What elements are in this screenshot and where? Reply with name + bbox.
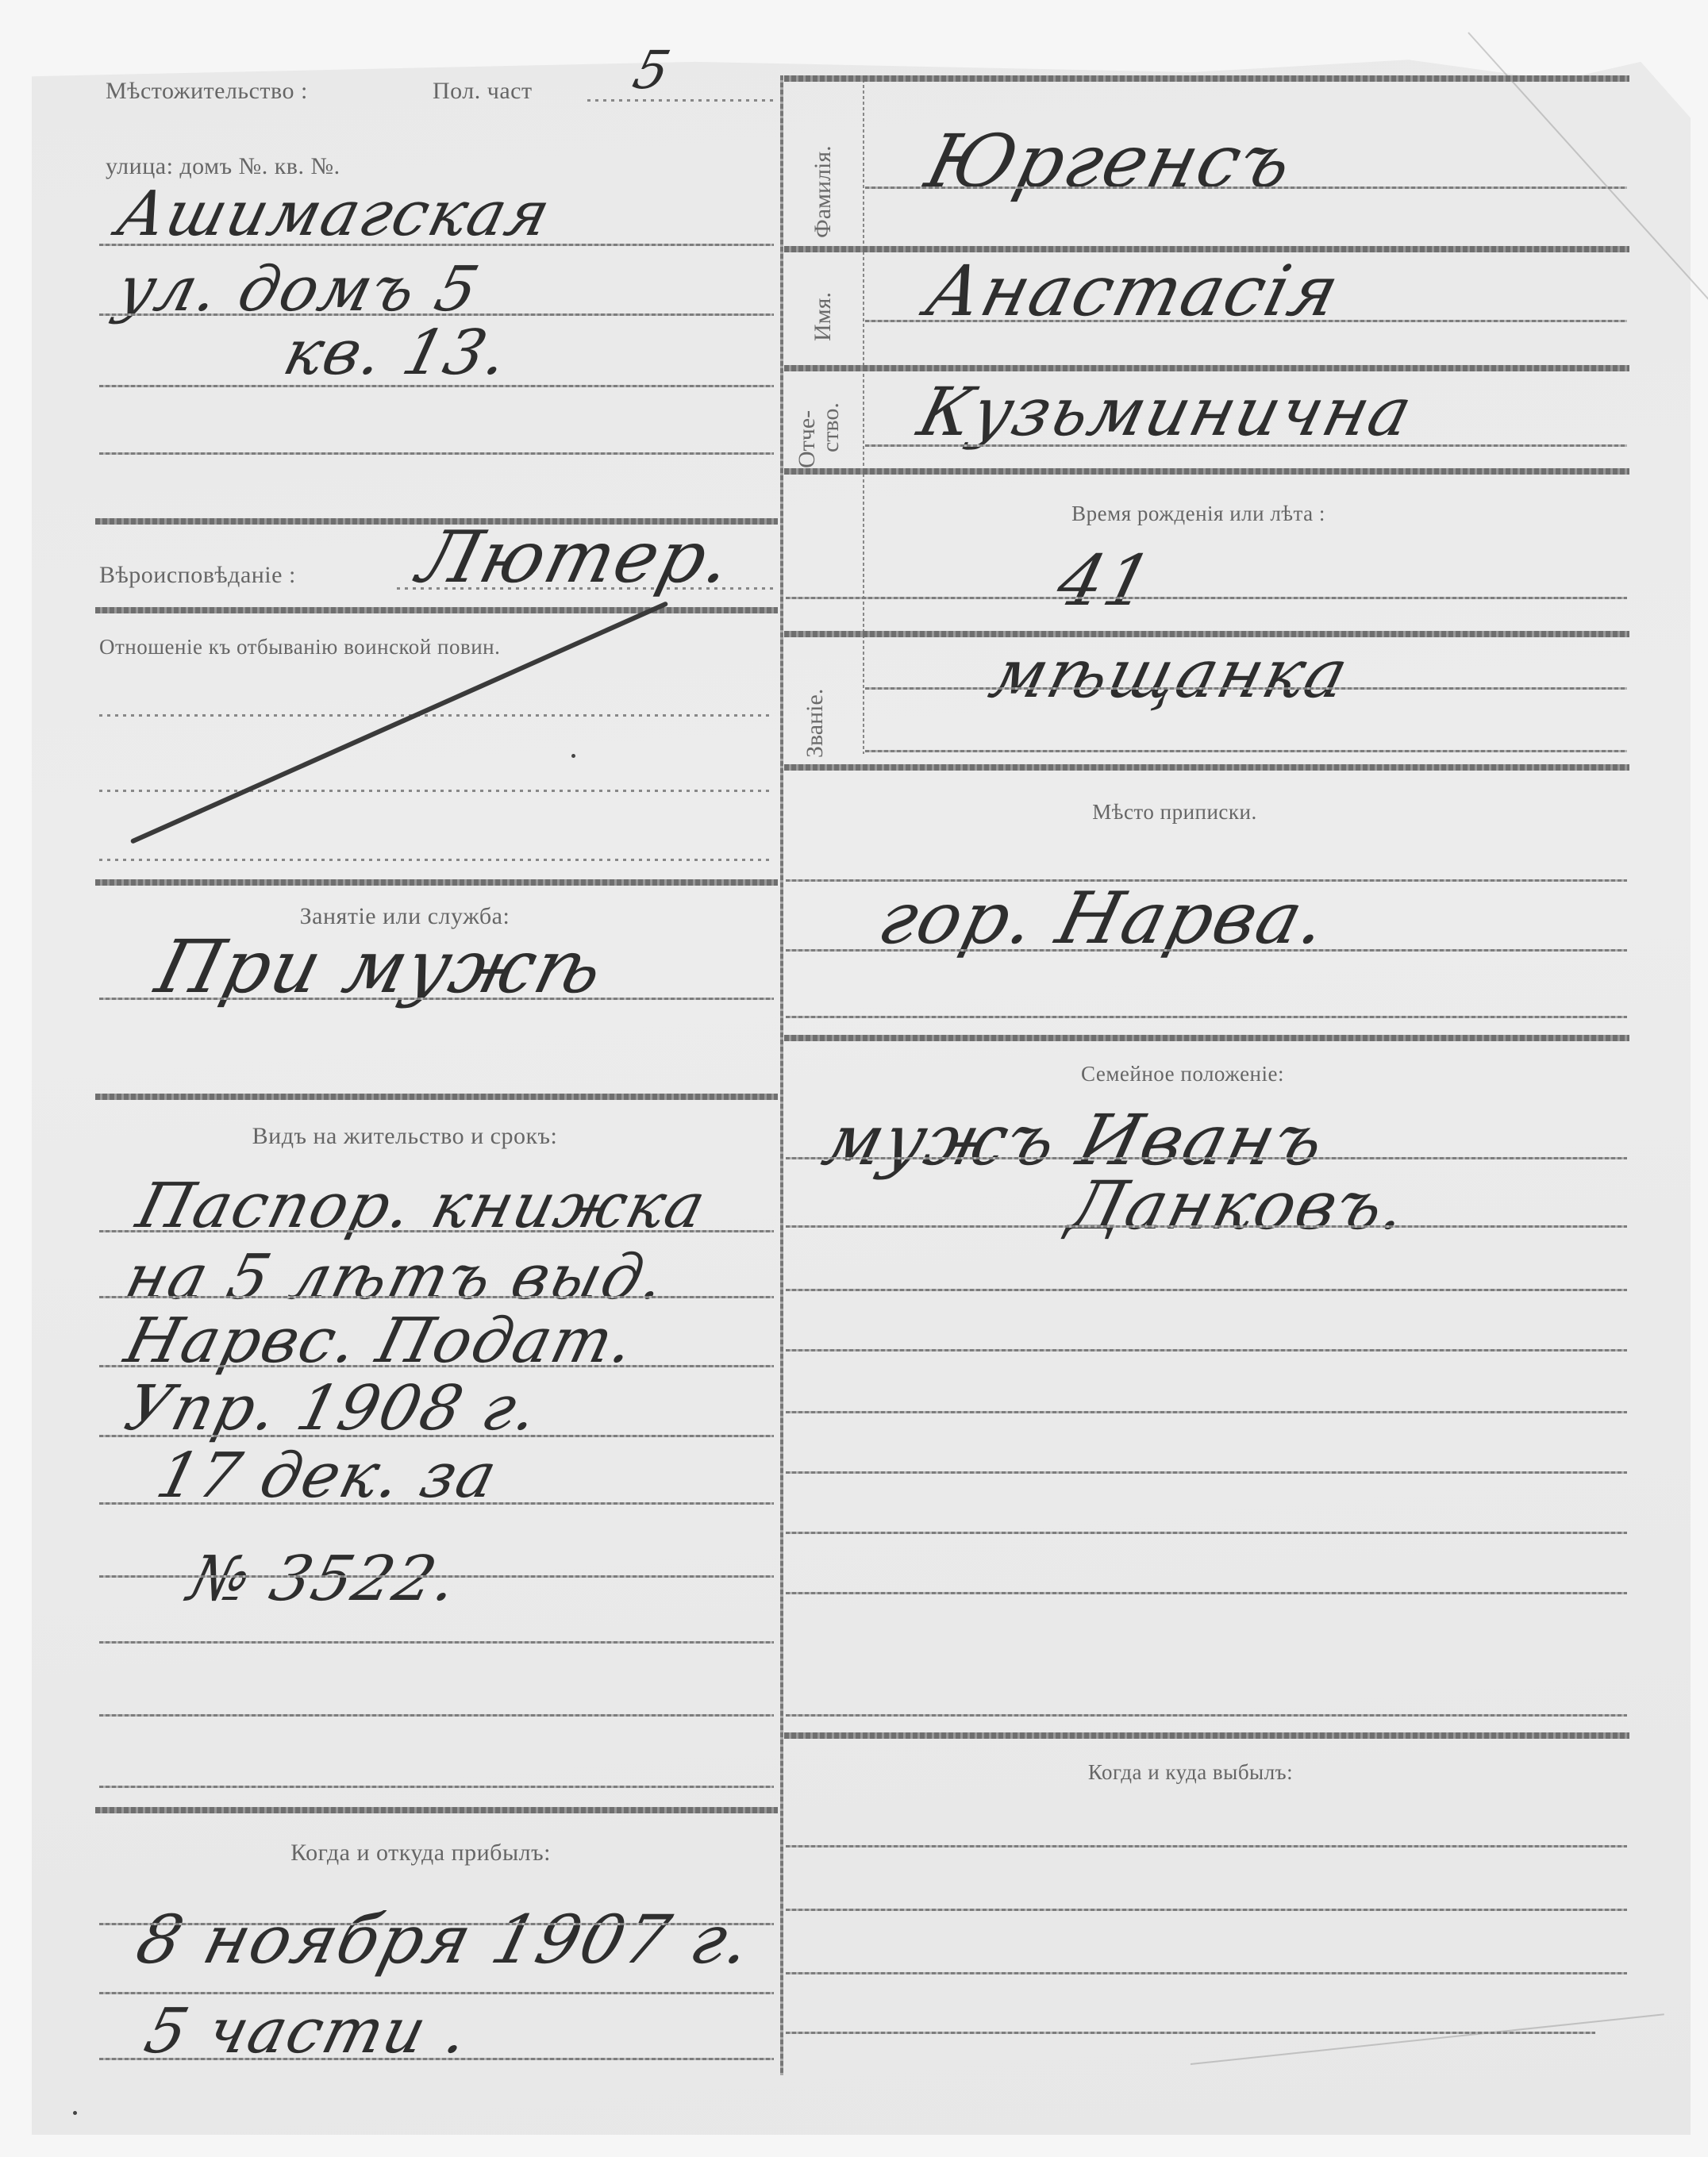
section-separator	[784, 365, 1629, 371]
ruled-line	[786, 1016, 1627, 1018]
religion-label: Вѣроисповѣданіе :	[99, 562, 296, 589]
residence-permit-label: Видъ на жительство и срокъ:	[252, 1123, 558, 1150]
ruled-line	[786, 1714, 1627, 1717]
ruled-line	[786, 1532, 1627, 1534]
ruled-line	[99, 1435, 774, 1437]
ruled-line	[786, 597, 1627, 599]
ink-speck	[73, 2111, 77, 2115]
registration-place-value: гор. Нарва.	[871, 877, 1337, 960]
ruled-line	[99, 385, 774, 387]
ruled-line	[786, 1349, 1627, 1351]
ruled-line	[786, 1157, 1627, 1159]
residence-permit-line-2: на 5 лѣтъ выд.	[118, 1242, 674, 1313]
ruled-line	[99, 714, 774, 717]
column-divider	[780, 75, 783, 2075]
ruled-line	[99, 1641, 774, 1644]
section-separator	[784, 764, 1629, 771]
ruled-line	[786, 1289, 1627, 1291]
ruled-line	[786, 1972, 1627, 1974]
section-separator	[784, 75, 1629, 82]
arrival-line-2: 5 части .	[138, 1996, 477, 2067]
ruled-line	[99, 244, 774, 246]
ruled-line	[786, 2032, 1595, 2034]
ruled-line	[865, 186, 1627, 189]
residence-label: Мѣстожительство :	[106, 78, 308, 105]
departure-label: Когда и куда выбылъ:	[1088, 1760, 1293, 1785]
residence-permit-line-4: Упр. 1908 г.	[118, 1373, 547, 1444]
arrival-line-1: 8 ноября 1907 г.	[129, 1901, 760, 1978]
ruled-line	[99, 998, 774, 1000]
patronymic-value: Кузьминична	[911, 373, 1421, 451]
ruled-line	[99, 1714, 774, 1717]
arrival-label: Когда и откуда прибылъ:	[290, 1840, 551, 1867]
ruled-line	[865, 750, 1627, 752]
ruled-line	[865, 320, 1627, 322]
section-separator	[95, 1094, 778, 1100]
ruled-line	[99, 1992, 774, 1994]
patronymic-side-label-1: Отче-	[794, 410, 821, 468]
patronymic-side-label-2: ство.	[817, 402, 844, 452]
ruled-line	[865, 687, 1627, 690]
occupation-value: При мужѣ	[148, 925, 614, 1009]
ruled-line	[786, 1909, 1627, 1911]
marital-status-label: Семейное положеніе:	[1081, 1062, 1284, 1086]
religion-value: Лютер.	[410, 516, 741, 599]
ruled-line	[99, 1786, 774, 1788]
police-district-line	[587, 99, 774, 102]
military-service-label: Отношеніе къ отбыванію воинской повин.	[99, 635, 500, 659]
marital-status-line-2: Данковъ.	[1062, 1167, 1416, 1244]
rank-value: мѣщанка	[983, 635, 1357, 713]
ruled-line	[99, 1230, 774, 1232]
ruled-line	[865, 444, 1627, 447]
section-separator	[95, 1807, 778, 1813]
residence-permit-line-5: 17 дек. за	[150, 1440, 505, 1512]
address-line-1: Ашимагская	[110, 179, 559, 250]
surname-value: Юргенсъ	[918, 119, 1302, 204]
birth-label: Время рожденія или лѣта :	[1071, 502, 1325, 526]
registration-place-label: Мѣсто приписки.	[1092, 800, 1256, 825]
police-district-label: Пол. част	[433, 78, 533, 105]
ruled-line	[99, 1575, 774, 1578]
ruled-line	[99, 1296, 774, 1298]
ruled-line	[99, 2058, 774, 2060]
ruled-line	[786, 949, 1627, 952]
ruled-line	[786, 1411, 1627, 1413]
section-separator	[95, 879, 778, 886]
ruled-line	[786, 1592, 1627, 1594]
ruled-line	[99, 313, 774, 316]
ruled-line	[99, 859, 774, 861]
rank-side-label: Званіе.	[802, 689, 829, 758]
section-separator	[784, 1035, 1629, 1041]
ruled-line	[99, 790, 774, 792]
ruled-line	[786, 1845, 1627, 1847]
ruled-line	[99, 452, 774, 455]
surname-side-label: Фамилія.	[810, 145, 837, 238]
section-separator	[784, 1732, 1629, 1739]
section-separator	[784, 468, 1629, 475]
address-line-3: кв. 13.	[277, 317, 517, 389]
label-column-divider	[863, 79, 864, 754]
first-name-side-label: Имя.	[810, 292, 837, 341]
ruled-line	[99, 1923, 774, 1925]
section-separator	[95, 607, 778, 613]
residence-permit-line-6: № 3522.	[182, 1544, 466, 1615]
ruled-line	[786, 1225, 1627, 1228]
ruled-line	[786, 1471, 1627, 1474]
address-label: улица: домъ №. кв. №.	[106, 153, 340, 180]
ruled-line	[99, 1502, 774, 1505]
ruled-line	[99, 1365, 774, 1367]
ink-speck	[571, 754, 575, 758]
